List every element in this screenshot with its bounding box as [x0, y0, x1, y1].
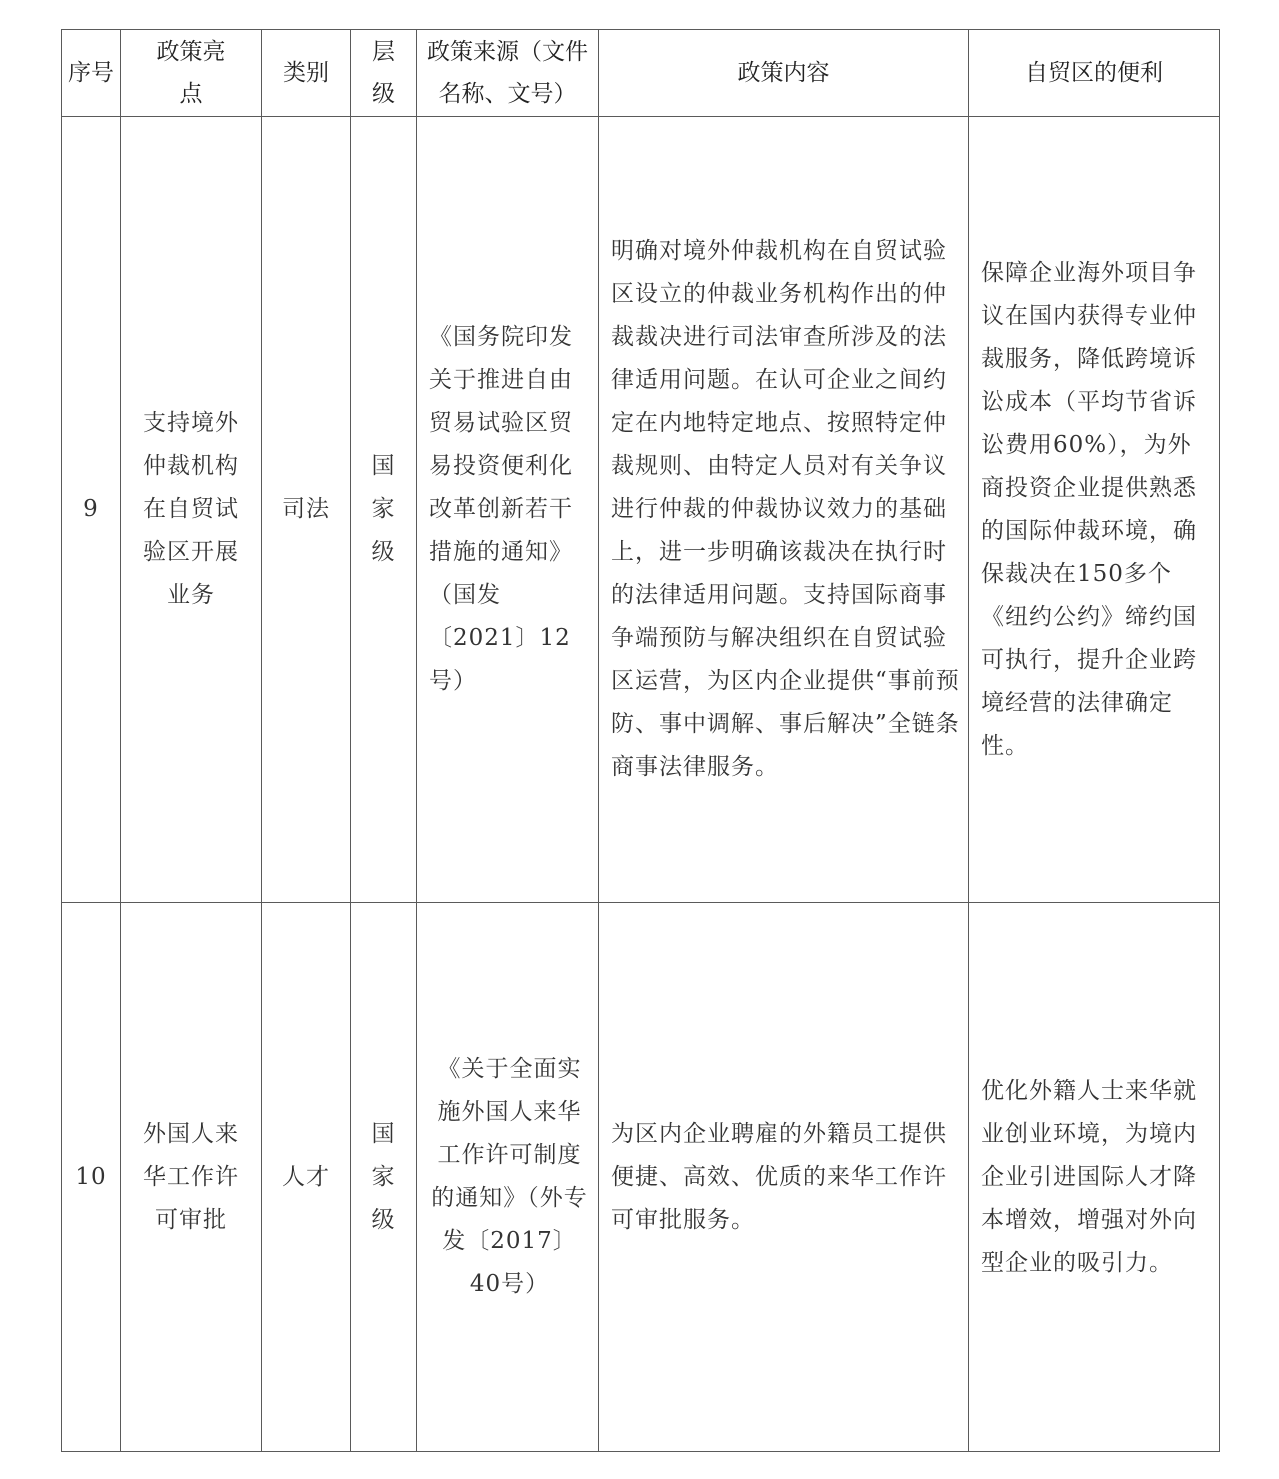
policy-table: 序号 政策亮点 类别 层级 政策来源（文件名称、文号） 政策内容 自贸区的便利 …	[61, 29, 1220, 1452]
header-category: 类别	[262, 30, 351, 117]
cell-level: 国家级	[351, 903, 417, 1452]
header-highlight: 政策亮点	[121, 30, 262, 117]
cell-seq: 10	[62, 903, 121, 1452]
cell-content: 明确对境外仲裁机构在自贸试验区设立的仲裁业务机构作出的仲裁裁决进行司法审查所涉及…	[599, 117, 969, 903]
cell-highlight: 外国人来华工作许可审批	[121, 903, 262, 1452]
cell-category: 人才	[262, 903, 351, 1452]
table-row: 10 外国人来华工作许可审批 人才 国家级 《关于全面实施外国人来华工作许可制度…	[62, 903, 1220, 1452]
cell-benefit: 保障企业海外项目争议在国内获得专业仲裁服务，降低跨境诉讼成本（平均节省诉讼费用6…	[969, 117, 1220, 903]
cell-benefit: 优化外籍人士来华就业创业环境，为境内企业引进国际人才降本增效，增强对外向型企业的…	[969, 903, 1220, 1452]
table-row: 9 支持境外仲裁机构在自贸试验区开展业务 司法 国家级 《国务院印发关于推进自由…	[62, 117, 1220, 903]
header-content: 政策内容	[599, 30, 969, 117]
cell-source: 《国务院印发关于推进自由贸易试验区贸易投资便利化改革创新若干措施的通知》（国发〔…	[417, 117, 599, 903]
header-level: 层级	[351, 30, 417, 117]
header-source: 政策来源（文件名称、文号）	[417, 30, 599, 117]
cell-content: 为区内企业聘雇的外籍员工提供便捷、高效、优质的来华工作许可审批服务。	[599, 903, 969, 1452]
cell-level: 国家级	[351, 117, 417, 903]
cell-highlight: 支持境外仲裁机构在自贸试验区开展业务	[121, 117, 262, 903]
cell-category: 司法	[262, 117, 351, 903]
header-seq: 序号	[62, 30, 121, 117]
header-benefit: 自贸区的便利	[969, 30, 1220, 117]
cell-source: 《关于全面实施外国人来华工作许可制度的通知》（外专发〔2017〕40号）	[417, 903, 599, 1452]
header-row: 序号 政策亮点 类别 层级 政策来源（文件名称、文号） 政策内容 自贸区的便利	[62, 30, 1220, 117]
cell-seq: 9	[62, 117, 121, 903]
